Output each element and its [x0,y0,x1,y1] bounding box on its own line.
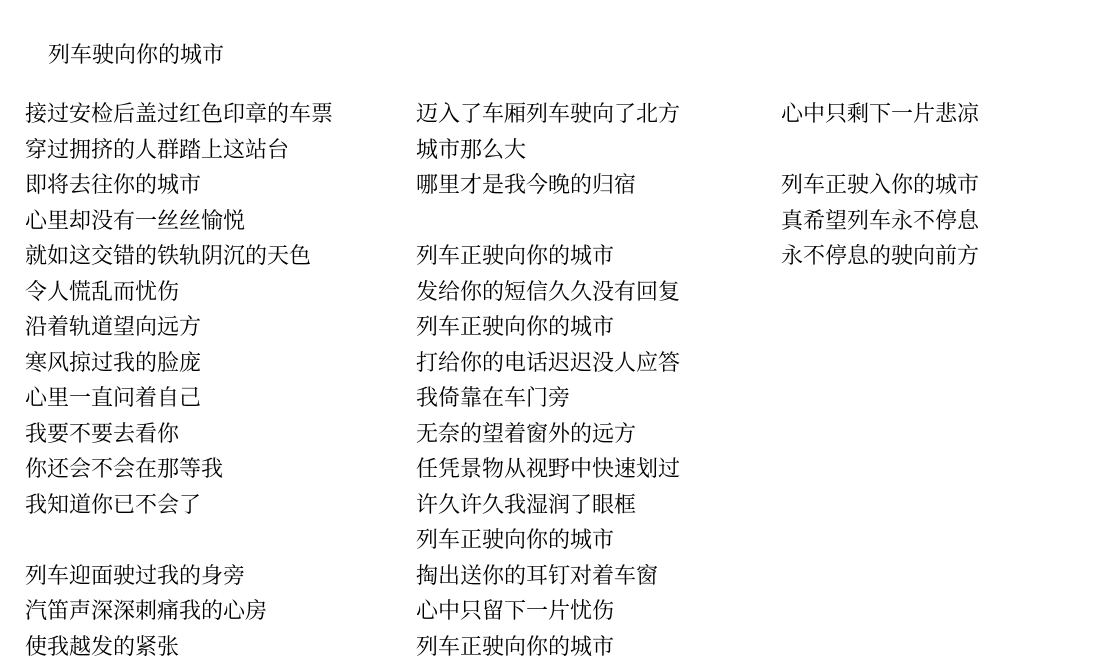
lyric-line: 你还会不会在那等我 [25,451,333,487]
lyric-line: 沿着轨道望向远方 [25,309,333,345]
lyric-line: 心里一直问着自己 [25,380,333,416]
lyric-line: 掏出送你的耳钉对着车窗 [416,558,680,594]
document-page: 列车驶向你的城市 接过安检后盖过红色印章的车票穿过拥挤的人群踏上这站台即将去往你… [0,0,1105,668]
lyric-line: 永不停息的驶向前方 [781,238,979,274]
lyric-line: 列车正驶向你的城市 [416,629,680,665]
lyric-line: 寒风掠过我的脸庞 [25,345,333,381]
lyric-line: 使我越发的紧张 [25,629,333,665]
lyric-line: 打给你的电话迟迟没人应答 [416,345,680,381]
lyric-line: 列车正驶向你的城市 [416,309,680,345]
lyric-line: 我倚靠在车门旁 [416,380,680,416]
lyric-line: 就如这交错的铁轨阴沉的天色 [25,238,333,274]
lyric-line: 列车正驶向你的城市 [416,522,680,558]
lyric-line: 哪里才是我今晚的归宿 [416,167,680,203]
lyric-line: 许久许久我湿润了眼框 [416,487,680,523]
lyric-line: 列车迎面驶过我的身旁 [25,558,333,594]
lyric-line: 接过安检后盖过红色印章的车票 [25,96,333,132]
lyric-line: 心中只留下一片忧伤 [416,593,680,629]
blank-line [25,522,333,558]
lyric-line: 城市那么大 [416,132,680,168]
lyric-line: 穿过拥挤的人群踏上这站台 [25,132,333,168]
lyric-line: 心里却没有一丝丝愉悦 [25,203,333,239]
blank-line [416,203,680,239]
lyrics-column-2: 迈入了车厢列车驶向了北方城市那么大哪里才是我今晚的归宿 列车正驶向你的城市发给你… [416,96,680,664]
page-title: 列车驶向你的城市 [48,40,224,70]
lyric-line: 无奈的望着窗外的远方 [416,416,680,452]
lyric-line: 发给你的短信久久没有回复 [416,274,680,310]
lyric-line: 令人慌乱而忧伤 [25,274,333,310]
lyric-line: 我知道你已不会了 [25,487,333,523]
lyric-line: 列车正驶向你的城市 [416,238,680,274]
lyrics-column-1: 接过安检后盖过红色印章的车票穿过拥挤的人群踏上这站台即将去往你的城市心里却没有一… [25,96,333,664]
lyric-line: 迈入了车厢列车驶向了北方 [416,96,680,132]
lyric-line: 汽笛声深深刺痛我的心房 [25,593,333,629]
lyric-line: 心中只剩下一片悲凉 [781,96,979,132]
lyric-line: 列车正驶入你的城市 [781,167,979,203]
lyric-line: 真希望列车永不停息 [781,203,979,239]
lyrics-column-3: 心中只剩下一片悲凉 列车正驶入你的城市真希望列车永不停息永不停息的驶向前方 [781,96,979,274]
lyric-line: 即将去往你的城市 [25,167,333,203]
blank-line [781,132,979,168]
lyric-line: 任凭景物从视野中快速划过 [416,451,680,487]
lyric-line: 我要不要去看你 [25,416,333,452]
